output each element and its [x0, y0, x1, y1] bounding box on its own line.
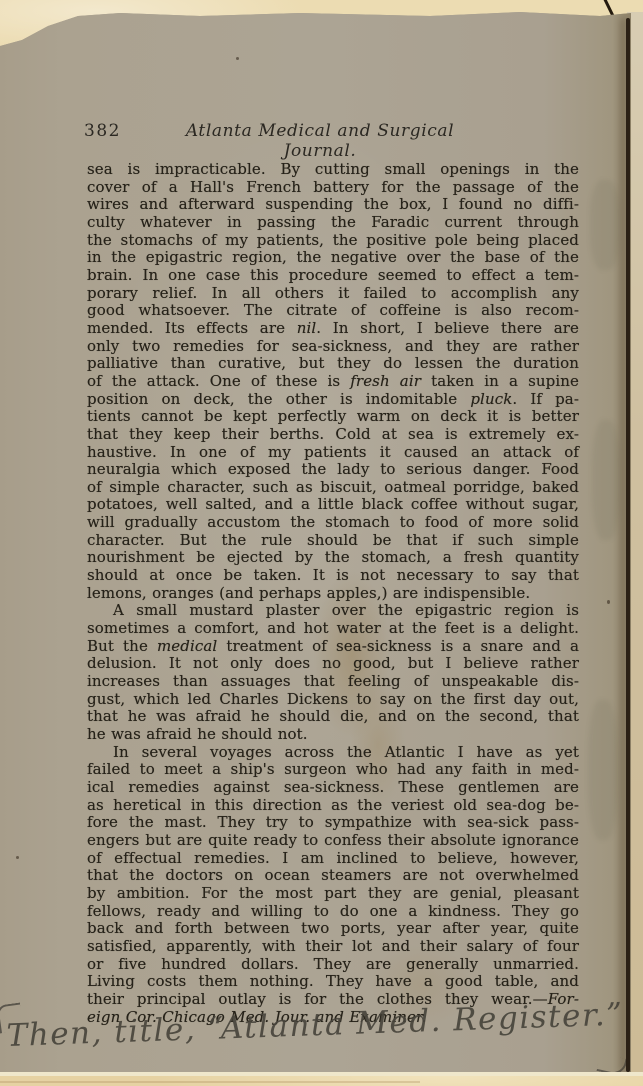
text-line: fellows, ready and willing to do one a k…	[87, 903, 579, 921]
text-line: cover of a Hall's French battery for the…	[87, 179, 579, 197]
text-line: as heretical in this direction as the ve…	[87, 797, 579, 815]
text-line: should at once be taken. It is not neces…	[87, 567, 579, 585]
text-line: lemons, oranges (and perhaps apples,) ar…	[87, 585, 579, 603]
page-edge-shadow	[626, 18, 630, 1072]
text-line: neuralgia which exposed the lady to seri…	[87, 461, 579, 479]
text-line: fore the mast. They try to sympathize wi…	[87, 814, 579, 832]
paragraph: In several voyages across the Atlantic I…	[87, 744, 579, 1027]
text-line: mended. Its effects are nil. In short, I…	[87, 320, 579, 338]
show-through-smudge	[588, 700, 618, 840]
text-line: he was afraid he should not.	[87, 726, 579, 744]
text-line: that they keep their berths. Cold at sea…	[87, 426, 579, 444]
text-line: engers but are quite ready to confess th…	[87, 832, 579, 850]
text-line: will gradually accustom the stomach to f…	[87, 514, 579, 532]
text-line: of simple character, such as biscuit, oa…	[87, 479, 579, 497]
text-line: In several voyages across the Atlantic I…	[87, 744, 579, 762]
text-line: potatoes, well salted, and a little blac…	[87, 496, 579, 514]
bottom-paper-highlight	[0, 1072, 643, 1076]
text-line: A small mustard plaster over the epigast…	[87, 602, 579, 620]
text-line: gust, which led Charles Dickens to say o…	[87, 691, 579, 709]
page-number: 382	[84, 121, 121, 141]
journal-page: 382 Atlanta Medical and Surgical Journal…	[0, 0, 631, 1072]
bottom-paper-shade	[0, 1081, 420, 1083]
text-line: the stomachs of my patients, the positiv…	[87, 232, 579, 250]
text-line: nourishment be ejected by the stomach, a…	[87, 549, 579, 567]
text-line: or five hundred dollars. They are genera…	[87, 956, 579, 974]
show-through-smudge	[592, 420, 620, 540]
text-line: increases than assuages that feeling of …	[87, 673, 579, 691]
text-line: sometimes a comfort, and hot water at th…	[87, 620, 579, 638]
text-line: tients cannot be kept perfectly warm on …	[87, 408, 579, 426]
text-line: Living costs them nothing. They have a g…	[87, 973, 579, 991]
text-line: porary relief. In all others it failed t…	[87, 285, 579, 303]
text-line: character. But the rule should be that i…	[87, 532, 579, 550]
paragraph: sea is impracticable. By cutting small o…	[87, 161, 579, 602]
paper-speck	[236, 57, 239, 60]
article-body: sea is impracticable. By cutting small o…	[87, 161, 579, 1026]
text-line: palliative than curative, but they do le…	[87, 355, 579, 373]
text-line: sea is impracticable. By cutting small o…	[87, 161, 579, 179]
journal-title: Atlanta Medical and Surgical Journal.	[150, 121, 490, 161]
text-line: by ambition. For the most part they are …	[87, 885, 579, 903]
paper-speck	[16, 856, 19, 859]
text-line: ical remedies against sea-sickness. Thes…	[87, 779, 579, 797]
text-line: only two remedies for sea-sickness, and …	[87, 338, 579, 356]
text-line: culty whatever in passing the Faradic cu…	[87, 214, 579, 232]
text-line: that he was afraid he should die, and on…	[87, 708, 579, 726]
paragraph: A small mustard plaster over the epigast…	[87, 602, 579, 743]
text-line: of the attack. One of these is fresh air…	[87, 373, 579, 391]
text-line: haustive. In one of my patients it cause…	[87, 444, 579, 462]
paper-speck	[607, 600, 610, 604]
text-line: of effectual remedies. I am inclined to …	[87, 850, 579, 868]
text-line: in the epigastric region, the negative o…	[87, 249, 579, 267]
text-line: that the doctors on ocean steamers are n…	[87, 867, 579, 885]
text-line: good whatsoever. The citrate of coffeine…	[87, 302, 579, 320]
text-line: position on deck, the other is indomitab…	[87, 391, 579, 409]
text-line: failed to meet a ship's surgeon who had …	[87, 761, 579, 779]
text-line: But the medical treatment of sea-sicknes…	[87, 638, 579, 656]
text-line: delusion. It not only does no good, but …	[87, 655, 579, 673]
text-line: wires and afterward suspending the box, …	[87, 196, 579, 214]
scanned-journal-page: 382 Atlanta Medical and Surgical Journal…	[0, 0, 643, 1086]
text-line: brain. In one case this procedure seemed…	[87, 267, 579, 285]
text-line: satisfied, apparently, with their lot an…	[87, 938, 579, 956]
show-through-smudge	[590, 180, 620, 270]
text-line: back and forth between two ports, year a…	[87, 920, 579, 938]
